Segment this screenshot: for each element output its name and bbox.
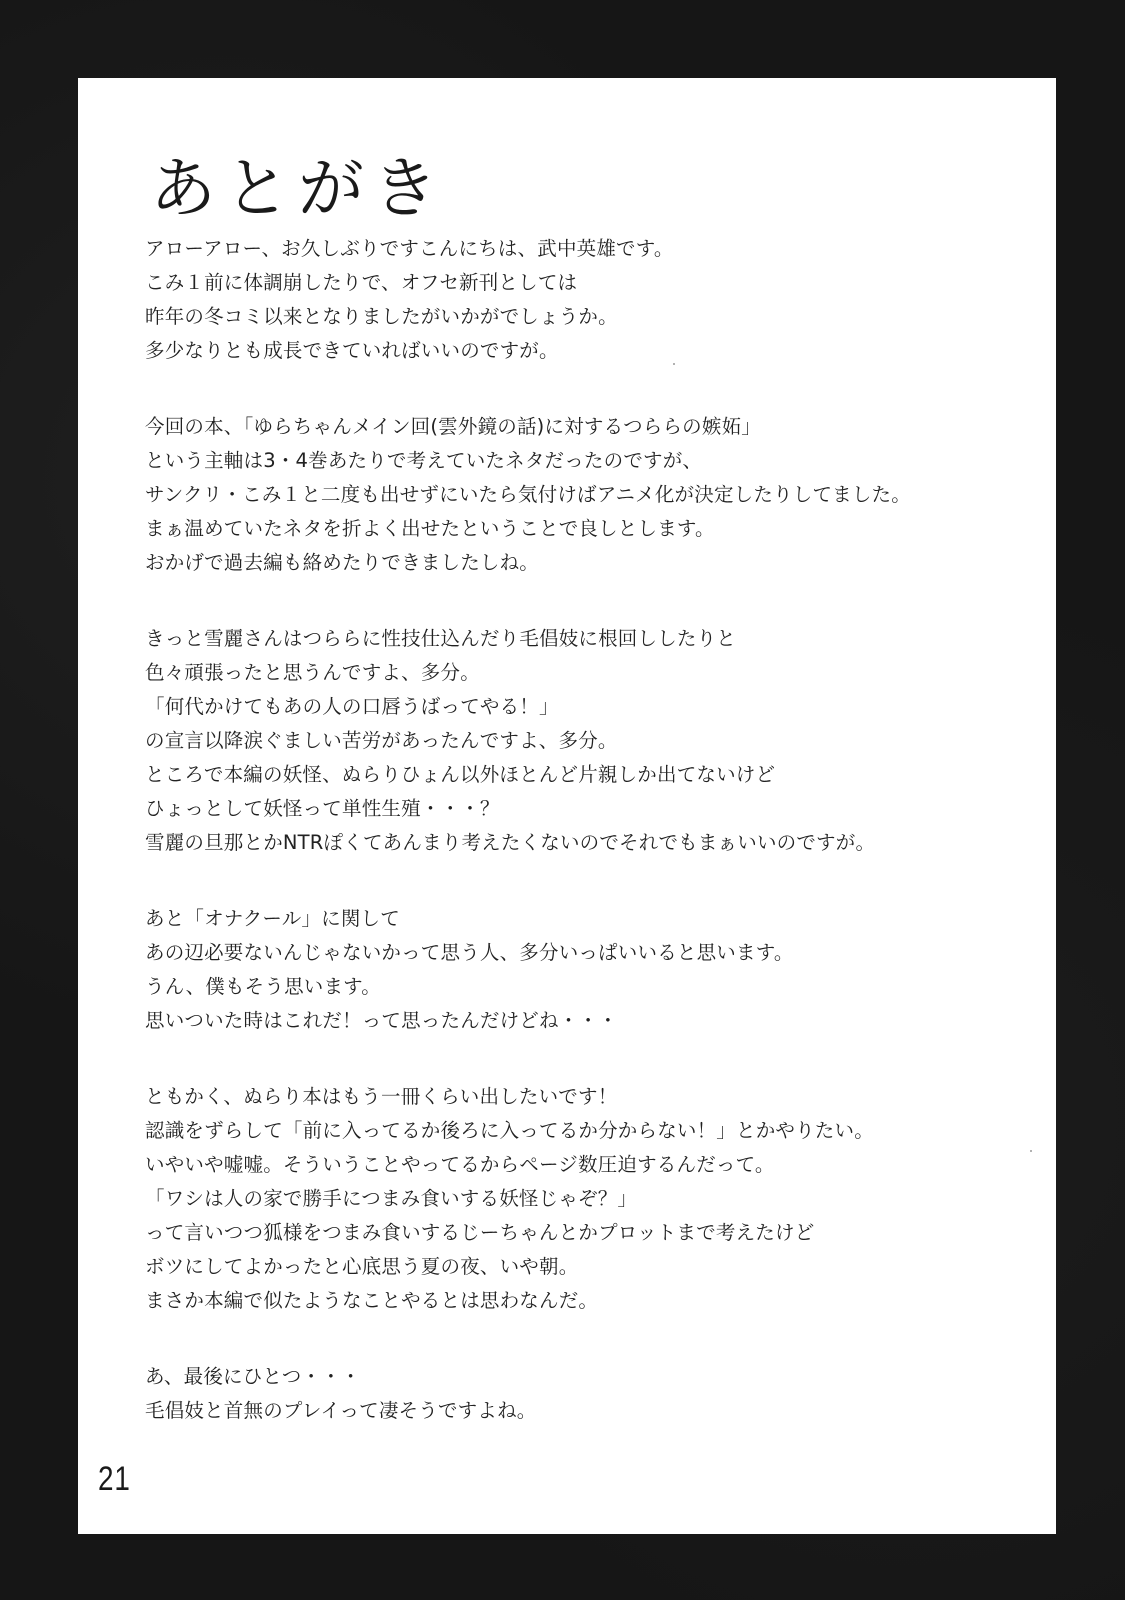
text-line: 色々頑張ったと思うんですよ、多分。 [145,656,1025,690]
paragraph-book-theme: 今回の本、「ゆらちゃんメイン回(雲外鏡の話)に対するつららの嫉妬」 という主軸は… [145,410,1025,580]
text-line: あの辺必要ないんじゃないかって思う人、多分いっぱいいると思います。 [145,936,1025,970]
text-line: あ、最後にひとつ・・・ [145,1360,1025,1394]
scan-speck [673,363,675,365]
paragraph-closing: あ、最後にひとつ・・・ 毛倡妓と首無のプレイって凄そうですよね。 [145,1360,1025,1428]
text-line: 昨年の冬コミ以来となりましたがいかがでしょうか。 [145,300,1025,334]
text-line: ともかく、ぬらり本はもう一冊くらい出したいです！ [145,1080,1025,1114]
paragraph-greeting: アローアロー、お久しぶりですこんにちは、武中英雄です。 こみ１前に体調崩したりで… [145,232,1025,368]
text-line: きっと雪麗さんはつららに性技仕込んだり毛倡妓に根回ししたりと [145,622,1025,656]
page-title: あとがき [150,156,446,222]
text-line: 「何代かけてもあの人の口唇うばってやる！」 [145,690,1025,724]
page-number: 21 [98,1460,131,1499]
text-line: こみ１前に体調崩したりで、オフセ新刊としては [145,266,1025,300]
text-line: アローアロー、お久しぶりですこんにちは、武中英雄です。 [145,232,1025,266]
text-line: まさか本編で似たようなことやるとは思わなんだ。 [145,1284,1025,1318]
text-line: 雪麗の旦那とかNTRぽくてあんまり考えたくないのでそれでもまぁいいのですが。 [145,826,1025,860]
text-line: 毛倡妓と首無のプレイって凄そうですよね。 [145,1394,1025,1428]
text-line: ひょっとして妖怪って単性生殖・・・？ [145,792,1025,826]
paragraph-onacool: あと「オナクール」に関して あの辺必要ないんじゃないかって思う人、多分いっぱいい… [145,902,1025,1038]
text-line: まぁ温めていたネタを折よく出せたということで良しとします。 [145,512,1025,546]
scan-speck [1030,1150,1032,1152]
text-line: サンクリ・こみ１と二度も出せずにいたら気付けばアニメ化が決定したりしてました。 [145,478,1025,512]
text-line: うん、僕もそう思います。 [145,970,1025,1004]
text-line: 思いついた時はこれだ！って思ったんだけどね・・・ [145,1004,1025,1038]
paragraph-next-book: ともかく、ぬらり本はもう一冊くらい出したいです！ 認識をずらして「前に入ってるか… [145,1080,1025,1318]
paragraph-setsura: きっと雪麗さんはつららに性技仕込んだり毛倡妓に根回ししたりと 色々頑張ったと思う… [145,622,1025,860]
text-line: 多少なりとも成長できていればいいのですが。 [145,334,1025,368]
text-line: 認識をずらして「前に入ってるか後ろに入ってるか分からない！」とかやりたい。 [145,1114,1025,1148]
text-line: の宣言以降涙ぐましい苦労があったんですよ、多分。 [145,724,1025,758]
text-line: あと「オナクール」に関して [145,902,1025,936]
text-line: という主軸は3・4巻あたりで考えていたネタだったのですが、 [145,444,1025,478]
text-line: ボツにしてよかったと心底思う夏の夜、いや朝。 [145,1250,1025,1284]
text-line: 「ワシは人の家で勝手につまみ食いする妖怪じゃぞ？」 [145,1182,1025,1216]
text-line: おかげで過去編も絡めたりできましたしね。 [145,546,1025,580]
document-page: あとがき アローアロー、お久しぶりですこんにちは、武中英雄です。 こみ１前に体調… [78,78,1056,1534]
text-line: いやいや嘘嘘。そういうことやってるからページ数圧迫するんだって。 [145,1148,1025,1182]
text-line: って言いつつ狐様をつまみ食いするじーちゃんとかプロットまで考えたけど [145,1216,1025,1250]
text-line: 今回の本、「ゆらちゃんメイン回(雲外鏡の話)に対するつららの嫉妬」 [145,410,1025,444]
text-line: ところで本編の妖怪、ぬらりひょん以外ほとんど片親しか出てないけど [145,758,1025,792]
afterword-body: アローアロー、お久しぶりですこんにちは、武中英雄です。 こみ１前に体調崩したりで… [145,232,1025,1470]
